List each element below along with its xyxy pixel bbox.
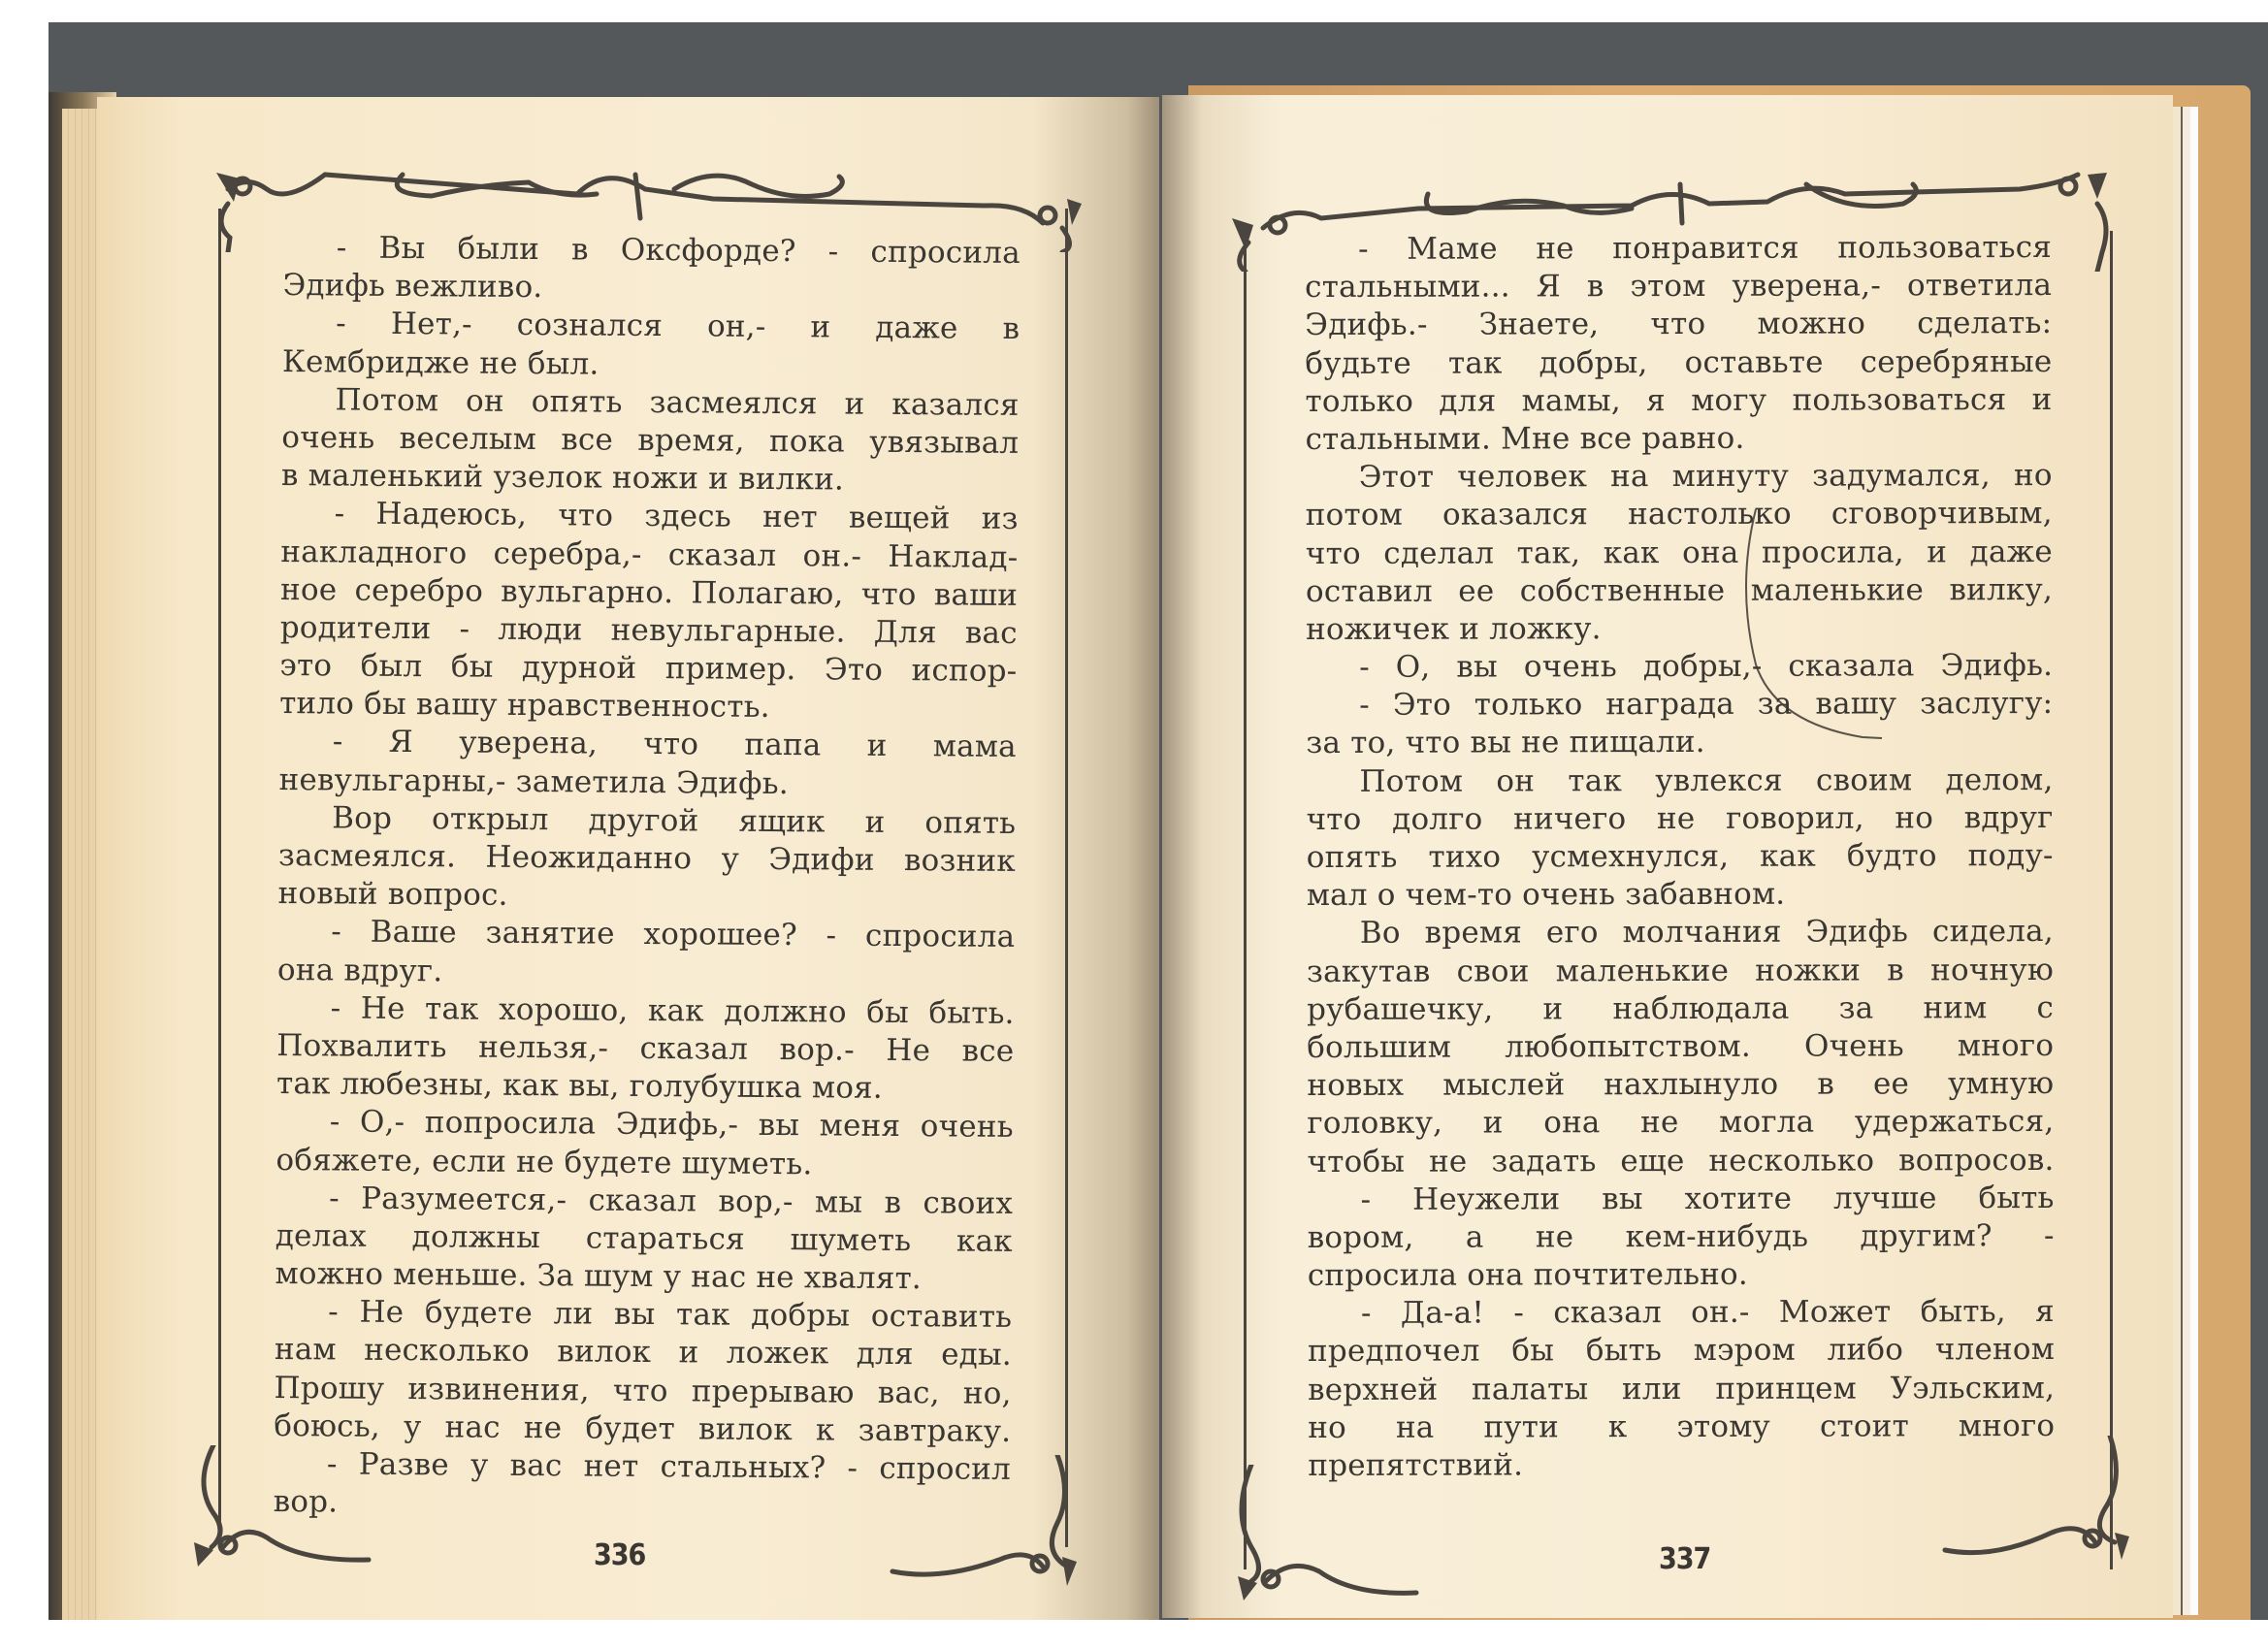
text-line: препятствий.: [1308, 1445, 2055, 1485]
text-line: что долго ничего не говорил, но вдруг: [1307, 799, 2054, 839]
text-line: делах должны стараться шуметь как: [275, 1217, 1013, 1261]
text-line: Эдифь.- Знаете, что можно сделать:: [1305, 305, 2052, 344]
text-line: ножичек и ложку.: [1306, 609, 2053, 649]
text-line: мал о чем-то очень забавном.: [1307, 875, 2054, 915]
text-line: Похвалить нельзя,- сказал вор.- Не все: [276, 1027, 1014, 1071]
text-line: - Не так хорошо, как должно бы быть.: [277, 989, 1015, 1033]
text-line: - Ваше занятие хорошее? - спросила: [277, 913, 1015, 956]
text-line: Этот человек на минуту задумался, но: [1306, 457, 2053, 497]
text-line: чтобы не задать еще несколько вопросов.: [1307, 1141, 2054, 1180]
text-line: невульгарны,- заметила Эдифь.: [278, 761, 1016, 805]
text-line: тило бы вашу нравственность.: [279, 685, 1017, 728]
text-line: - Разумеется,- сказал вор,- мы в своих: [275, 1180, 1013, 1223]
text-line: новый вопрос.: [277, 875, 1015, 919]
text-line: вор.: [274, 1483, 1011, 1527]
text-line: нам несколько вилок и ложек для еды.: [275, 1331, 1012, 1374]
text-line: стальными... Я в этом уверена,- ответила: [1305, 267, 2052, 307]
text-line: очень веселым все время, пока увязывал: [281, 419, 1019, 463]
left-page-number: 336: [594, 1538, 645, 1572]
right-bottom-left-ornament-icon: [1232, 1465, 1455, 1610]
text-line: накладного серебра,- сказал он.- Наклад-: [280, 533, 1018, 576]
text-line: - Вы были в Оксфорде? - спросила: [283, 229, 1021, 273]
text-line: что сделал так, как она просила, и даже: [1306, 533, 2053, 572]
text-line: она вдруг.: [277, 952, 1015, 995]
text-line: засмеялся. Неожиданно у Эдифи возник: [278, 837, 1016, 881]
text-line: - Нет,- сознался он,- и даже в: [282, 305, 1020, 348]
text-line: будьте так добры, оставьте серебряные: [1305, 343, 2052, 383]
text-line: можно меньше. За шум у нас не хвалят.: [275, 1255, 1012, 1299]
right-page-number: 337: [1659, 1542, 1710, 1576]
text-line: в маленький узелок ножи и вилки.: [281, 457, 1019, 501]
text-line: - Надеюсь, что здесь нет вещей из: [281, 495, 1019, 538]
text-line: родители - люди невульгарные. Для вас: [280, 609, 1018, 653]
text-line: - Не будете ли вы так добры оставить: [275, 1293, 1012, 1337]
text-line: это был бы дурной пример. Это испор-: [279, 647, 1017, 691]
text-line: большим любопытством. Очень много: [1307, 1027, 2054, 1067]
text-line: - Неужели вы хотите лучше быть: [1308, 1180, 2055, 1219]
text-line: ное серебро вульгарно. Полагаю, что ваши: [280, 571, 1018, 615]
text-line: Эдифь вежливо.: [282, 267, 1020, 310]
text-line: - Это только награда за вашу заслугу:: [1306, 685, 2053, 725]
text-line: предпочел бы быть мэром либо членом: [1308, 1331, 2055, 1371]
text-line: оставил ее собственные маленькие вилку,: [1306, 571, 2053, 611]
text-line: рубашечку, и наблюдала за ним с: [1307, 989, 2054, 1029]
text-line: Вор открыл другой ящик и опять: [278, 799, 1016, 843]
text-line: только для мамы, я могу пользоваться и: [1305, 381, 2052, 421]
text-line: боюсь, у нас не будет вилок к завтраку.: [274, 1407, 1011, 1451]
text-line: - Маме не понравится пользоваться: [1305, 229, 2052, 269]
text-line: - Разве у вас нет стальных? - спросил: [274, 1445, 1011, 1489]
text-line: головку, и она не могла удержаться,: [1307, 1103, 2054, 1143]
text-line: обяжете, если не будете шуметь.: [275, 1141, 1013, 1184]
right-page-edges: [2173, 107, 2198, 1615]
text-line: но на пути к этому стоит много: [1308, 1407, 2055, 1447]
text-line: за то, что вы не пищали.: [1306, 723, 2053, 762]
left-page-text: - Вы были в Оксфорде? - спросилаЭдифь ве…: [274, 229, 1021, 1527]
text-line: так любезны, как вы, голубушка моя.: [276, 1065, 1014, 1109]
text-line: стальными. Мне все равно.: [1306, 419, 2053, 459]
text-line: - О,- попросила Эдифь,- вы меня очень: [276, 1103, 1014, 1147]
text-line: спросила она почтительно.: [1308, 1255, 2055, 1295]
text-line: вором, а не кем-нибудь другим? -: [1308, 1217, 2055, 1257]
text-line: опять тихо усмехнулся, как будто поду-: [1307, 837, 2054, 877]
text-line: новых мыслей нахлынуло в ее умную: [1307, 1065, 2054, 1105]
text-line: верхней палаты или принцем Уэльским,: [1308, 1370, 2055, 1409]
text-line: Потом он опять засмеялся и казался: [281, 381, 1019, 425]
text-line: - О, вы очень добры,- сказала Эдифь.: [1306, 647, 2053, 687]
text-line: Во время его молчания Эдифь сидела,: [1307, 913, 2054, 953]
text-line: закутав свои маленькие ножки в ночную: [1307, 952, 2054, 991]
page-stack-edge: [62, 109, 101, 1620]
text-line: Кембридже не был.: [282, 343, 1020, 387]
right-page-text: - Маме не понравится пользоватьсястальны…: [1305, 229, 2055, 1485]
text-line: Потом он так увлекся своим делом,: [1306, 761, 2053, 801]
text-line: потом оказался настолько сговорчивым,: [1306, 495, 2053, 534]
text-line: Прошу извинения, что прерываю вас, но,: [274, 1370, 1011, 1413]
text-line: - Да-а! - сказал он.- Может быть, я: [1308, 1293, 2055, 1333]
text-line: - Я уверена, что папа и мама: [279, 723, 1017, 766]
